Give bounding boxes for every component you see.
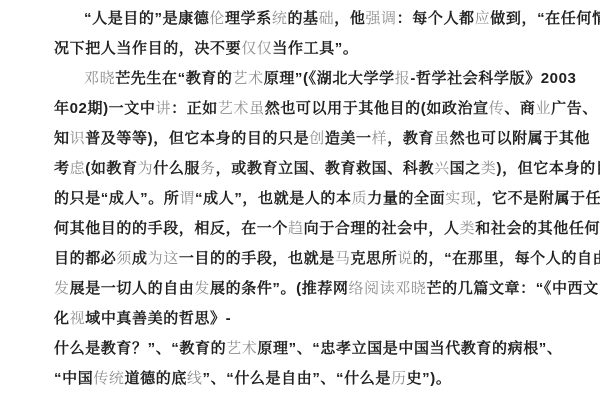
text-segment: 础 (319, 10, 335, 27)
text-segment: 化 (54, 310, 70, 327)
text-segment: 务 (200, 160, 216, 177)
text-segment: 年02期)一文中 (54, 100, 155, 117)
text-segment: 应 (475, 10, 491, 27)
text-segment: 、商 (504, 100, 535, 117)
text-segment: 然也可以附属于其他 (450, 130, 590, 147)
text-segment: 传 (489, 100, 505, 117)
text-line: “人是目的”是康德伦理学系统的基础，他强调：每个人都应做到，“在任何情 (54, 4, 560, 34)
text-segment: 域中真善美的哲思》- (85, 310, 231, 327)
text-segment: 的基 (287, 10, 318, 27)
text-segment: 马 (335, 250, 351, 267)
text-segment: 视 (70, 310, 86, 327)
text-segment: 为这 (148, 250, 179, 267)
text-line: 的只是“成人”。所谓“成人”，也就是人的本质力量的全面实现，它不是附属于任 (54, 184, 560, 214)
text-line: 年02期)一文中讲：正如艺术虽然也可以用于其他目的(如政治宣传、商业广告、 (54, 94, 560, 124)
text-segment: 芒的几篇文章：“《中西文 (427, 280, 599, 297)
text-segment: ：正如 (171, 100, 218, 117)
text-segment: 然也可以用于其他目的(如政治宣 (265, 100, 489, 117)
text-segment: 强调 (365, 10, 396, 27)
text-segment: 样 (372, 130, 388, 147)
text-segment: 仅仅 (241, 40, 272, 57)
text-line: “中国传统道德的底线”、“什么是自由”、“什么是历史”)。 (54, 364, 560, 394)
text-line: 何其他目的的手段，相反，在一个趋向于合理的社会中，人类和社会的其他任何 (54, 214, 560, 244)
text-segment: 实现 (445, 190, 476, 207)
text-segment: 展的条件”。(推荐网 (210, 280, 349, 297)
text-line: 邓晓芒先生在“教育的艺术原理”(《湖北大学学报-哲学社会科学版》2003 (54, 64, 560, 94)
text-line: 化视域中真善美的哲思》- (54, 304, 560, 334)
text-segment: 类 (460, 220, 476, 237)
text-segment: 报 (395, 70, 411, 87)
text-segment: 克思所 (350, 250, 397, 267)
text-segment: 讲 (155, 100, 171, 117)
text-segment: 虽 (434, 130, 450, 147)
text-segment: 须 (116, 250, 132, 267)
text-segment: ：每个人都 (397, 10, 475, 27)
text-segment: 类 (481, 160, 497, 177)
text-segment: ，教育 (387, 130, 434, 147)
text-segment: 虑 (70, 160, 86, 177)
text-segment: 道德的底 (125, 370, 187, 387)
text-segment: 造美一 (325, 130, 372, 147)
text-segment: 质 (352, 190, 368, 207)
text-segment: 什么是教育？”、“教育的 (54, 340, 226, 357)
text-segment: ，它不是附属于任 (476, 190, 600, 207)
text-segment: 什么服 (153, 160, 200, 177)
text-segment: 伦 (209, 10, 225, 27)
text-segment: 当作工具”。 (272, 40, 358, 57)
text-line: 什么是教育？”、“教育的艺术原理”、“忠孝立国是中国当代教育的病根”、 (54, 334, 560, 364)
text-segment: 做到，“在任何情 (490, 10, 600, 27)
document-text: “人是目的”是康德伦理学系统的基础，他强调：每个人都应做到，“在任何情况下把人当… (54, 4, 560, 394)
text-segment: 传统 (93, 370, 124, 387)
text-segment: 谓 (179, 190, 195, 207)
text-segment: ”、“什么是自由”、“什么是 (203, 370, 391, 387)
text-segment: 说 (397, 250, 413, 267)
text-segment: ，或教育立国、教育救国、科教 (216, 160, 434, 177)
text-segment: ，他 (334, 10, 365, 27)
text-segment: -哲学社会科学版》2003 (410, 70, 576, 87)
text-segment: 络阅读邓晓 (349, 280, 427, 297)
text-segment: 展是一切人的自由 (70, 280, 195, 297)
text-segment: 况下把人当作目的，决不要 (54, 40, 241, 57)
text-segment: 艺术 (233, 70, 264, 87)
text-segment: 成 (132, 250, 148, 267)
text-segment: 兴 (434, 160, 450, 177)
text-segment: 目的都必 (54, 250, 116, 267)
text-segment: 的只是“成人”。所 (54, 190, 179, 207)
text-segment: 的，“在那里，每个人的自由 (413, 250, 600, 267)
text-segment: 原理”、“忠孝立国是中国当代教育的病根”、 (257, 340, 562, 357)
text-segment: “成人”，也就是人的本 (195, 190, 352, 207)
text-segment: 知 (54, 130, 70, 147)
text-segment: 邓晓 (84, 70, 115, 87)
text-line: 发展是一切人的自由发展的条件”。(推荐网络阅读邓晓芒的几篇文章：“《中西文 (54, 274, 560, 304)
text-segment: 业 (536, 100, 552, 117)
text-segment: )，但它本身的目 (496, 160, 600, 177)
text-segment: “人是目的”是康德 (84, 10, 209, 27)
text-segment: 考 (54, 160, 70, 177)
text-segment: 国之 (450, 160, 481, 177)
text-segment: 原理”(《湖北大学学 (264, 70, 395, 87)
text-segment: 历 (391, 370, 407, 387)
text-segment: 向于合理的社会中，人 (304, 220, 460, 237)
text-segment: 和社会的其他任何 (475, 220, 600, 237)
text-segment: 何其他目的的手段，相反，在一个 (54, 220, 288, 237)
text-segment: (如教育 (85, 160, 137, 177)
text-segment: 发 (194, 280, 210, 297)
text-segment: 芒先生在“教育的 (115, 70, 232, 87)
text-segment: 发 (54, 280, 70, 297)
text-line: 目的都必须成为这一目的的手段，也就是马克思所说的，“在那里，每个人的自由 (54, 244, 560, 274)
text-segment: 线 (187, 370, 203, 387)
text-segment: 史”)。 (407, 370, 452, 387)
text-segment: 理学系 (225, 10, 272, 27)
text-segment: 为 (138, 160, 154, 177)
text-line: 况下把人当作目的，决不要仅仅当作工具”。 (54, 34, 560, 64)
text-segment: 广告、 (551, 100, 598, 117)
text-segment: 艺术 (226, 340, 257, 357)
text-segment: “中国 (54, 370, 93, 387)
text-line: 知识普及等等)，但它本身的目的只是创造美一样，教育虽然也可以附属于其他 (54, 124, 560, 154)
document-page: “人是目的”是康德伦理学系统的基础，他强调：每个人都应做到，“在任何情况下把人当… (0, 0, 600, 400)
text-segment: 力量的全面 (367, 190, 445, 207)
text-segment: 识 (70, 130, 86, 147)
text-segment: 创 (309, 130, 325, 147)
text-line: 考虑(如教育为什么服务，或教育立国、教育救国、科教兴国之类)，但它本身的目 (54, 154, 560, 184)
text-segment: 一目的的手段，也就是 (179, 250, 335, 267)
text-segment: 趋 (288, 220, 304, 237)
text-segment: 普及等等)，但它本身的目的只是 (85, 130, 309, 147)
text-segment: 统 (272, 10, 288, 27)
text-segment: 艺术虽 (218, 100, 265, 117)
